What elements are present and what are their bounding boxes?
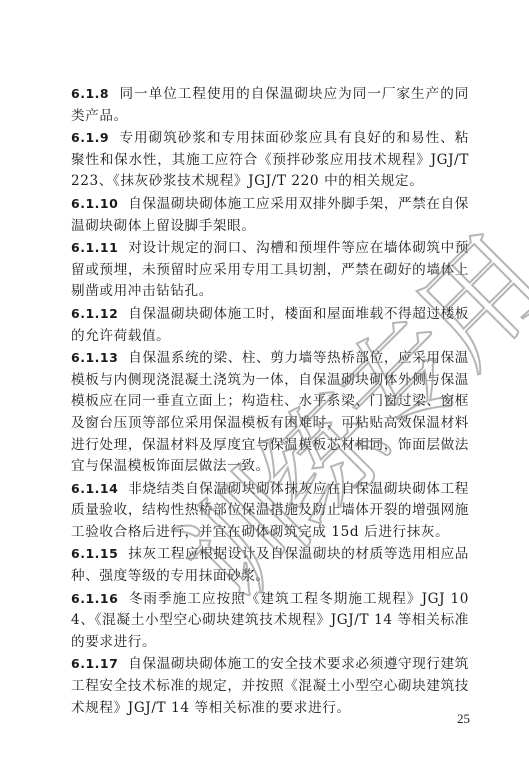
clause-number: 6.1.13 (71, 350, 118, 365)
clause-6-1-8: 6.1.8同一单位工程使用的自保温砌块应为同一厂家生产的同类产品。 (71, 83, 469, 127)
clause-number: 6.1.12 (71, 306, 118, 321)
clause-number: 6.1.17 (71, 656, 118, 671)
clause-text: 冬雨季施工应按照《建筑工程冬期施工规程》JGJ 104、《混凝土小型空心砌块建筑… (71, 591, 469, 650)
clause-text: 对设计规定的洞口、沟槽和预埋件等应在墙体砌筑中预留或预埋，未预留时应采用专用工具… (71, 240, 469, 299)
clause-text: 自保温砌块砌体施工应采用双排外脚手架，严禁在自保温砌块砌体上留设脚手架眼。 (71, 196, 469, 234)
clause-text: 同一单位工程使用的自保温砌块应为同一厂家生产的同类产品。 (71, 86, 469, 124)
clause-number: 6.1.16 (71, 591, 118, 606)
clause-text: 非烧结类自保温砌块砌体抹灰应在自保温砌块砌体工程质量验收，结构性热桥部位保温措施… (71, 481, 469, 540)
clause-text: 自保温砌块砌体施工时，楼面和屋面堆载不得超过楼板的允许荷载值。 (71, 306, 469, 344)
clause-number: 6.1.14 (71, 481, 118, 496)
clause-number: 6.1.9 (71, 130, 109, 145)
clause-number: 6.1.11 (71, 240, 118, 255)
clause-number: 6.1.8 (71, 86, 109, 101)
clause-6-1-13: 6.1.13自保温系统的梁、柱、剪力墙等热桥部位，应采用保温模板与内侧现浇混凝土… (71, 347, 469, 478)
clause-number: 6.1.15 (71, 546, 118, 561)
clause-6-1-16: 6.1.16冬雨季施工应按照《建筑工程冬期施工规程》JGJ 104、《混凝土小型… (71, 588, 469, 654)
clause-6-1-14: 6.1.14非烧结类自保温砌块砌体抹灰应在自保温砌块砌体工程质量验收，结构性热桥… (71, 478, 469, 544)
clause-text: 抹灰工程应根据设计及自保温砌块的材质等选用相应品种、强度等级的专用抹面砂浆。 (71, 546, 469, 584)
clause-text: 专用砌筑砂浆和专用抹面砂浆应具有良好的和易性、粘聚性和保水性，其施工应符合《预拌… (71, 130, 469, 189)
page-number: 25 (457, 711, 470, 727)
clause-number: 6.1.10 (71, 196, 118, 211)
clause-6-1-11: 6.1.11对设计规定的洞口、沟槽和预埋件等应在墙体砌筑中预留或预埋，未预留时应… (71, 237, 469, 303)
clause-text: 自保温砌块砌体施工的安全技术要求必须遵守现行建筑工程安全技术标准的规定，并按照《… (71, 656, 469, 715)
document-page: 6.1.8同一单位工程使用的自保温砌块应为同一厂家生产的同类产品。 6.1.9专… (0, 0, 529, 767)
clause-6-1-12: 6.1.12自保温砌块砌体施工时，楼面和屋面堆载不得超过楼板的允许荷载值。 (71, 303, 469, 347)
clause-6-1-17: 6.1.17自保温砌块砌体施工的安全技术要求必须遵守现行建筑工程安全技术标准的规… (71, 653, 469, 719)
page-content: 6.1.8同一单位工程使用的自保温砌块应为同一厂家生产的同类产品。 6.1.9专… (71, 83, 469, 719)
clause-6-1-15: 6.1.15抹灰工程应根据设计及自保温砌块的材质等选用相应品种、强度等级的专用抹… (71, 543, 469, 587)
clause-text: 自保温系统的梁、柱、剪力墙等热桥部位，应采用保温模板与内侧现浇混凝土浇筑为一体，… (71, 350, 469, 474)
clause-6-1-9: 6.1.9专用砌筑砂浆和专用抹面砂浆应具有良好的和易性、粘聚性和保水性，其施工应… (71, 127, 469, 193)
clause-6-1-10: 6.1.10自保温砌块砌体施工应采用双排外脚手架，严禁在自保温砌块砌体上留设脚手… (71, 193, 469, 237)
